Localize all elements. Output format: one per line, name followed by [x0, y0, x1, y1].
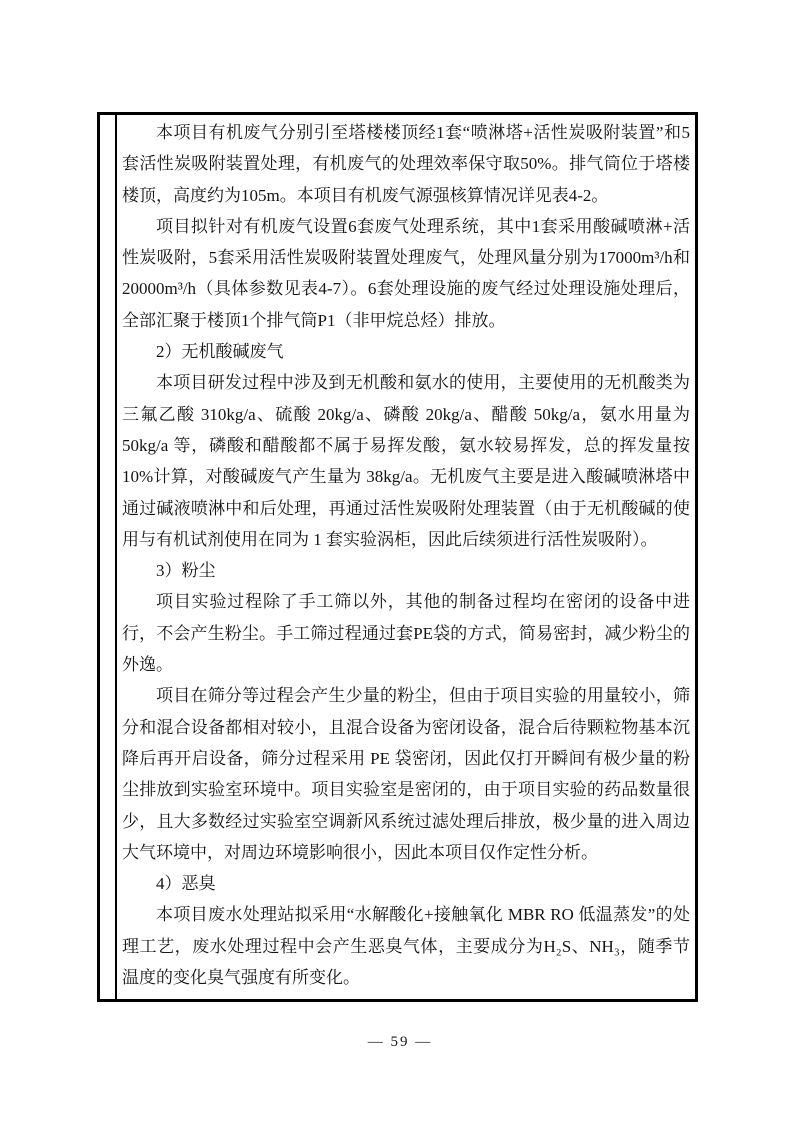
- heading-odor: 4）恶臭: [122, 868, 690, 899]
- table-main-cell: 本项目有机废气分别引至塔楼楼顶经1套“喷淋塔+活性炭吸附装置”和5套活性炭吸附装…: [117, 115, 695, 999]
- heading-dust: 3）粉尘: [122, 555, 690, 586]
- paragraph-odor-detail: 本项目废水处理站拟采用“水解酸化+接触氧化 MBR RO 低温蒸发”的处理工艺，…: [122, 899, 690, 993]
- paragraph-inorganic-acid-detail: 本项目研发过程中涉及到无机酸和氨水的使用，主要使用的无机酸类为三氟乙酸 310k…: [122, 367, 690, 555]
- paragraph-dust-detail: 项目在筛分等过程会产生少量的粉尘，但由于项目实验的用量较小，筛分和混合设备都相对…: [122, 680, 690, 868]
- paragraph-gas-treatment-systems: 项目拟针对有机废气设置6套废气处理系统，其中1套采用酸碱喷淋+活性炭吸附，5套采…: [122, 211, 690, 336]
- heading-inorganic-acid-alkali-waste-gas: 2）无机酸碱废气: [122, 336, 690, 367]
- paragraph-dust-summary-bold: 项目实验过程除了手工筛以外，其他的制备过程均在密闭的设备中进行，不会产生粉尘。手…: [122, 586, 690, 680]
- scanned-document-page: { "page": { "number_label": "— 59 —" }, …: [0, 0, 800, 1131]
- table-left-column: [100, 115, 117, 999]
- content-table: 本项目有机废气分别引至塔楼楼顶经1套“喷淋塔+活性炭吸附装置”和5套活性炭吸附装…: [97, 112, 698, 1002]
- page-number: — 59 —: [0, 1034, 800, 1051]
- paragraph-organic-gas-treatment: 本项目有机废气分别引至塔楼楼顶经1套“喷淋塔+活性炭吸附装置”和5套活性炭吸附装…: [122, 117, 690, 211]
